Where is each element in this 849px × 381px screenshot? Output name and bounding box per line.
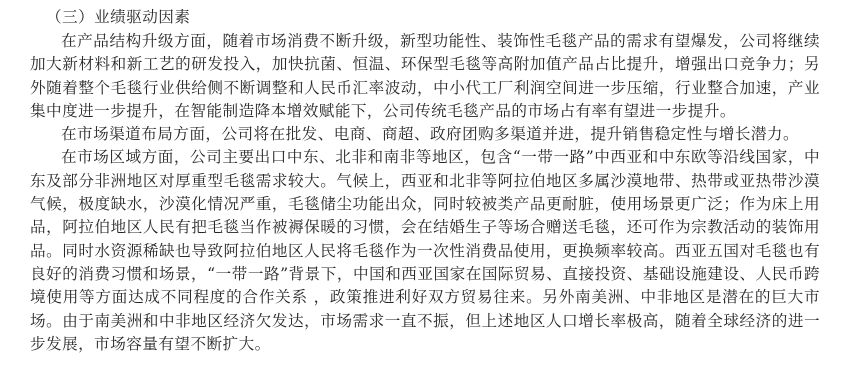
- paragraph-market-regions: 在市场区域方面，公司主要出口中东、北非和南非等地区，包含“一带一路”中西亚和中东…: [30, 146, 820, 356]
- section-heading: （三）业绩驱动因素: [30, 4, 820, 30]
- paragraph-market-channels: 在市场渠道布局方面，公司将在批发、电商、商超、政府团购多渠道并进，提升销售稳定性…: [30, 123, 820, 146]
- paragraph-product-structure: 在产品结构升级方面，随着市场消费不断升级，新型功能性、装饰性毛毯产品的需求有望爆…: [30, 30, 820, 123]
- document-body: （三）业绩驱动因素 在产品结构升级方面，随着市场消费不断升级，新型功能性、装饰性…: [30, 4, 820, 356]
